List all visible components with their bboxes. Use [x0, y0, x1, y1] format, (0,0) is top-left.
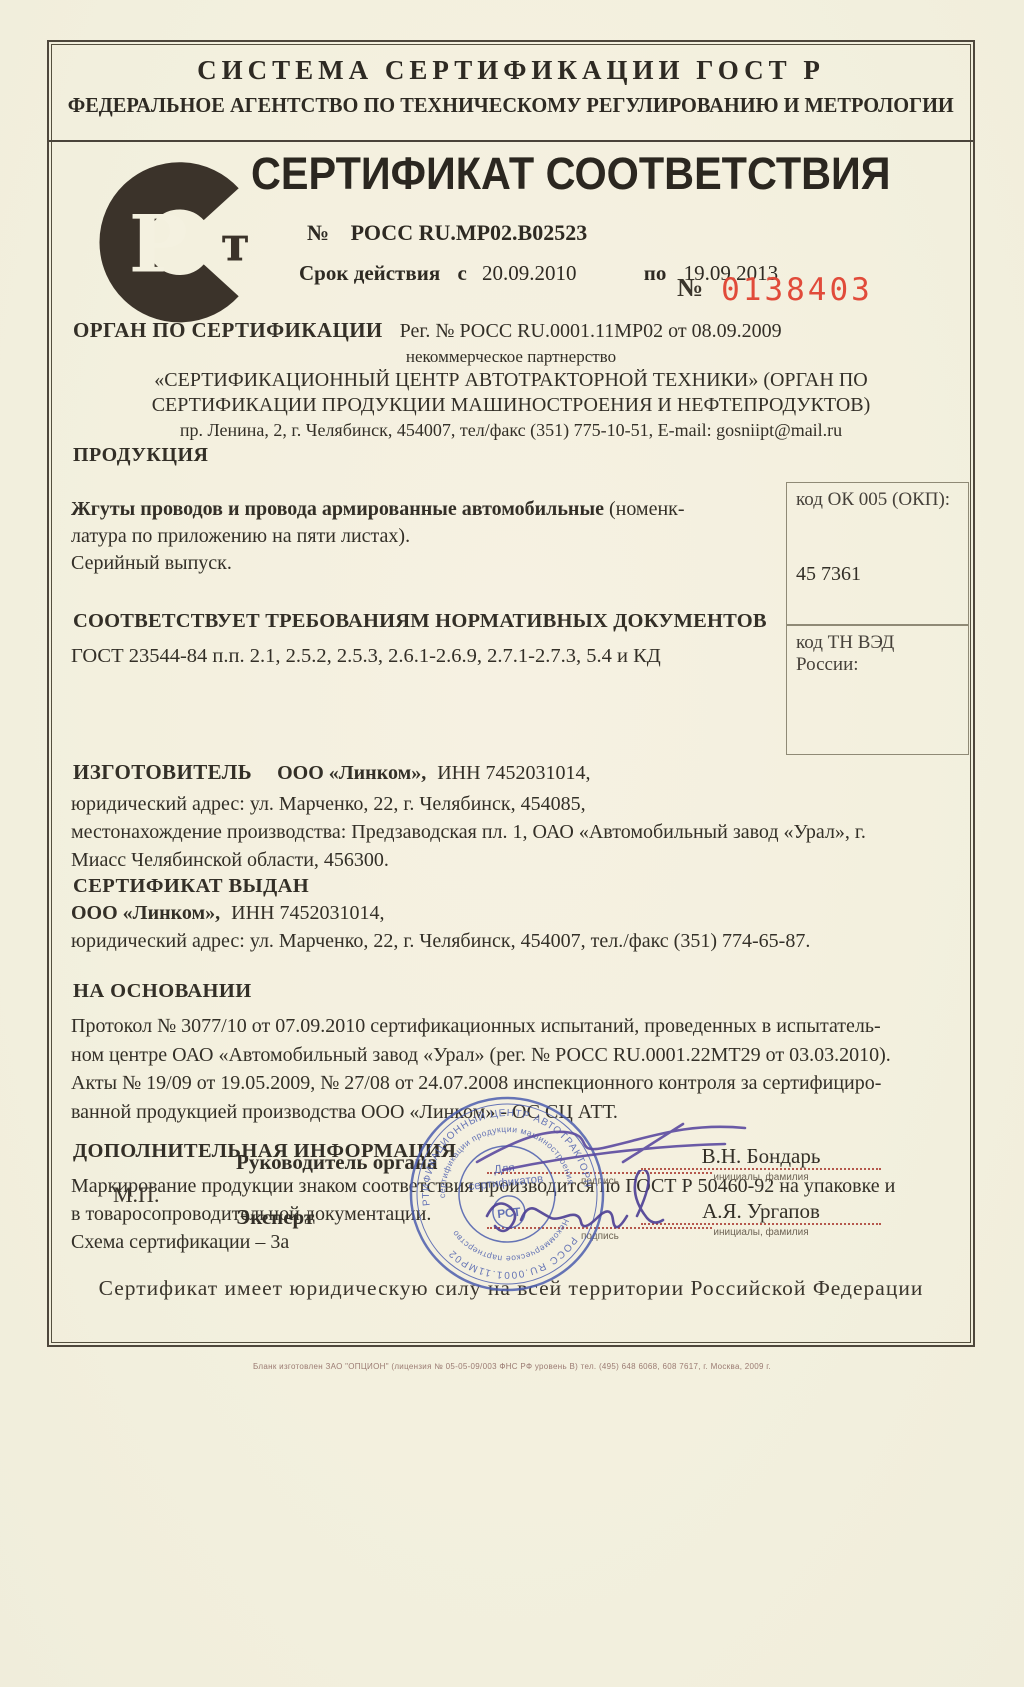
header-system-title: СИСТЕМА СЕРТИФИКАЦИИ ГОСТ Р [49, 55, 973, 86]
rst-logo-letter-p: Р [129, 199, 188, 290]
product-text: Жгуты проводов и провода армированные ав… [71, 469, 771, 577]
expert-signature-caption: подпись [581, 1231, 619, 1242]
issued-heading: СЕРТИФИКАТ ВЫДАН [73, 875, 309, 898]
rst-logo-icon: Р т [87, 156, 269, 334]
issued-row: ООО «Линком», ИНН 7452031014, [71, 902, 384, 925]
rst-logo-letter-t: т [221, 217, 250, 272]
manufacturer-name: ООО «Линком», [277, 762, 426, 784]
certificate-scan-page: СИСТЕМА СЕРТИФИКАЦИИ ГОСТ Р ФЕДЕРАЛЬНОЕ … [0, 0, 1024, 1687]
conformity-text: ГОСТ 23544-84 п.п. 2.1, 2.5.2, 2.5.3, 2.… [71, 645, 661, 668]
expert-role-label: Эксперт [236, 1205, 314, 1230]
org-section: ОРГАН ПО СЕРТИФИКАЦИИ Рег. № РОСС RU.000… [73, 318, 782, 343]
product-name-bold: Жгуты проводов и провода армированные ав… [71, 498, 604, 520]
certificate-number-label: № [307, 220, 329, 245]
certificate-title-wrap: СЕРТИФИКАТ СООТВЕТСТВИЯ [251, 148, 946, 200]
org-address: пр. Ленина, 2, г. Челябинск, 454007, тел… [73, 420, 949, 441]
okp-code-value: 45 7361 [796, 563, 959, 586]
validity-to-label: по [644, 261, 667, 285]
org-name-line1: «СЕРТИФИКАЦИОННЫЙ ЦЕНТР АВТОТРАКТОРНОЙ Т… [73, 369, 949, 392]
org-partnership: некоммерческое партнерство [73, 347, 949, 367]
expert-name: А.Я. Ургапов [641, 1199, 881, 1224]
org-heading: ОРГАН ПО СЕРТИФИКАЦИИ [73, 318, 383, 342]
tnved-code-box: код ТН ВЭД России: [786, 625, 969, 755]
validity-from-label: с [457, 261, 466, 285]
certificate-title: СЕРТИФИКАТ СООТВЕТСТВИЯ [251, 148, 891, 200]
mp-label: М.П. [113, 1182, 159, 1208]
blank-number-value: 0138403 [721, 272, 873, 308]
okp-code-box: код ОК 005 (ОКП): 45 7361 [786, 482, 969, 625]
validity-from-date: 20.09.2010 [482, 261, 577, 285]
basis-text: Протокол № 3077/10 от 07.09.2010 сертифи… [71, 1012, 955, 1126]
manufacturer-inn: ИНН 7452031014, [437, 762, 590, 784]
head-role-label: Руководитель органа [236, 1150, 438, 1175]
manufacturer-text: юридический адрес: ул. Марченко, 22, г. … [71, 790, 951, 874]
header-box: СИСТЕМА СЕРТИФИКАЦИИ ГОСТ Р ФЕДЕРАЛЬНОЕ … [49, 42, 973, 142]
tnved-code-label: код ТН ВЭД России: [796, 632, 959, 676]
issued-name: ООО «Линком», [71, 902, 220, 924]
head-name: В.Н. Бондарь [641, 1144, 881, 1169]
issued-text: юридический адрес: ул. Марченко, 22, г. … [71, 930, 810, 953]
product-heading: ПРОДУКЦИЯ [73, 444, 208, 467]
manufacturer-heading: ИЗГОТОВИТЕЛЬ [73, 760, 252, 784]
validity-label: Срок действия [299, 261, 440, 285]
blank-number-row: № 0138403 [677, 272, 873, 308]
head-name-caption: инициалы, фамилия [641, 1172, 881, 1183]
head-signature-caption: подпись [581, 1176, 619, 1187]
conformity-heading: СООТВЕТСТВУЕТ ТРЕБОВАНИЯМ НОРМАТИВНЫХ ДО… [73, 610, 767, 633]
certificate-frame: СИСТЕМА СЕРТИФИКАЦИИ ГОСТ Р ФЕДЕРАЛЬНОЕ … [47, 40, 975, 1347]
issued-inn: ИНН 7452031014, [231, 902, 384, 924]
org-reg-number: Рег. № РОСС RU.0001.11МР02 от 08.09.2009 [400, 320, 782, 342]
org-name-line2: СЕРТИФИКАЦИИ ПРОДУКЦИИ МАШИНОСТРОЕНИЯ И … [73, 394, 949, 417]
certificate-number-row: № РОСС RU.MP02.B02523 [307, 220, 587, 246]
header-agency-title: ФЕДЕРАЛЬНОЕ АГЕНТСТВО ПО ТЕХНИЧЕСКОМУ РЕ… [68, 93, 954, 118]
expert-name-caption: инициалы, фамилия [641, 1227, 881, 1238]
blank-fine-print: Бланк изготовлен ЗАО "ОПЦИОН" (лицензия … [0, 1362, 1024, 1371]
legal-validity-line: Сертификат имеет юридическую силу на все… [49, 1276, 973, 1301]
blank-number-label: № [677, 273, 703, 302]
okp-code-label: код ОК 005 (ОКП): [796, 489, 959, 511]
org-details: некоммерческое партнерство «СЕРТИФИКАЦИО… [73, 347, 949, 441]
manufacturer-row: ИЗГОТОВИТЕЛЬ ООО «Линком», ИНН 745203101… [73, 760, 591, 785]
certificate-number: РОСС RU.MP02.B02523 [351, 220, 588, 245]
basis-heading: НА ОСНОВАНИИ [73, 980, 252, 1003]
